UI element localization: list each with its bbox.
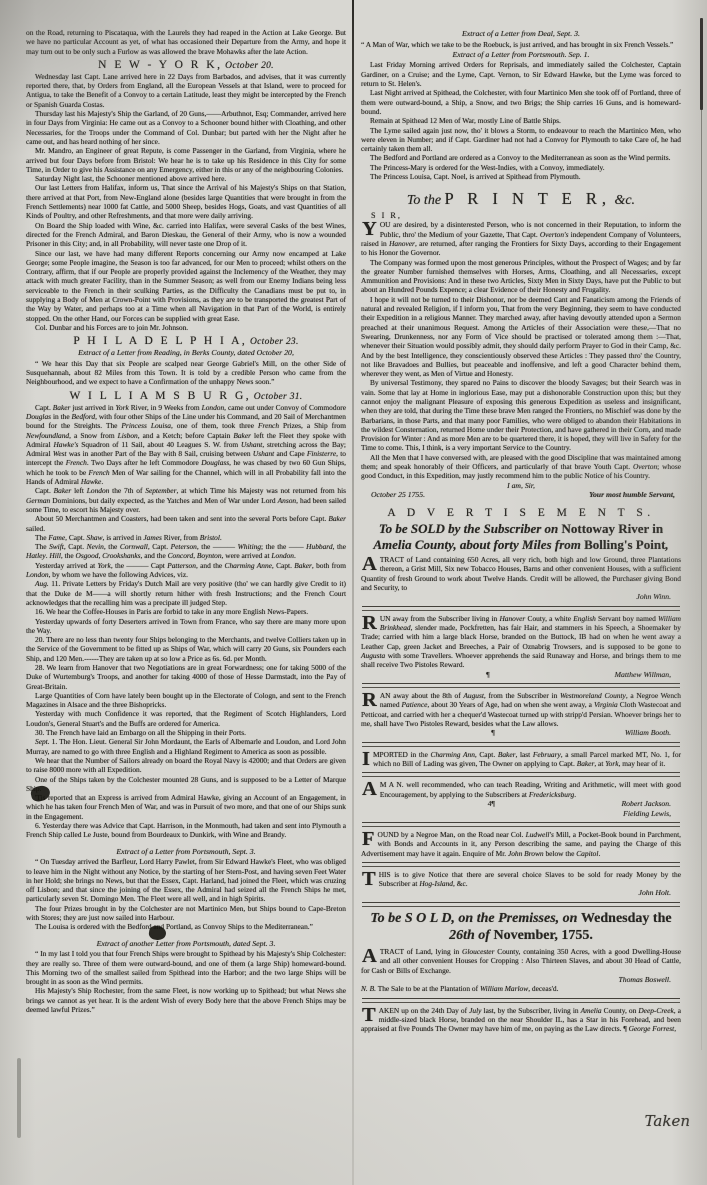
signature: Fielding Lewis, xyxy=(361,809,681,819)
signature: John Winn. xyxy=(361,592,681,602)
paragraph: 16. We hear the Coffee-Houses in Paris a… xyxy=(26,607,346,616)
ad-title-heading: To be SOLD by the Subscriber on Nottoway… xyxy=(361,521,681,553)
drop-cap-letter: Y xyxy=(362,221,377,238)
advert-divider-rule xyxy=(362,862,680,867)
paragraph: “ We hear this Day that six People are s… xyxy=(26,359,346,387)
drop-cap-letter: A xyxy=(362,948,377,965)
advert-divider-rule xyxy=(362,683,680,688)
paragraph: Thursday last his Majesty's Ship the Gar… xyxy=(26,109,346,146)
paragraph: Yesterday upwards of forty Deserters arr… xyxy=(26,617,346,636)
paragraph: I hope it will not be turned to their Di… xyxy=(361,295,681,379)
city-name: W I L L I A M S B U R G, xyxy=(70,390,252,402)
paragraph: Since our last, we have had many differe… xyxy=(26,249,346,323)
paragraph: About 50 Merchantmen and Coasters, had b… xyxy=(26,514,346,533)
signature: Thomas Boswell. xyxy=(361,975,681,985)
signature-row: ¶William Booth. xyxy=(361,728,681,738)
heading-prefix: To the xyxy=(407,193,445,208)
edge-smudge xyxy=(17,1058,21,1138)
paragraph: Capt. Baker left London the 7th of Septe… xyxy=(26,486,346,514)
drop-cap-letter: R xyxy=(362,615,377,632)
extract-letter-heading: Extract of a Letter from Deal, Sept. 3. xyxy=(361,29,681,39)
city-dateline-heading: P H I L A D E L P H I A, October 23. xyxy=(26,335,346,347)
signature: John Holt. xyxy=(361,888,681,898)
servant-line: Your most humble Servant, xyxy=(589,490,675,500)
drop-cap-letter: I xyxy=(362,751,370,768)
paragraph: All the Men that I have conversed with, … xyxy=(361,453,681,481)
dateline-date: October 31. xyxy=(251,392,302,402)
advert-divider-rule xyxy=(362,902,680,907)
page-edge-ink-mark xyxy=(700,18,703,110)
newspaper-page: on the Road, returning to Piscataqua, wi… xyxy=(0,0,707,1185)
page-edge-line xyxy=(701,110,703,1050)
valediction-line: I am, Sir, xyxy=(361,481,681,491)
paragraph: His Majesty's Ship Rochester, from the s… xyxy=(26,986,346,1014)
signature: Matthew Willman, xyxy=(615,670,681,680)
paragraph: The Company was formed upon the most gen… xyxy=(361,258,681,295)
paragraph: Last Friday Morning arrived Orders for R… xyxy=(361,60,681,88)
column-right: Extract of a Letter from Deal, Sept. 3.“… xyxy=(361,28,681,1034)
paragraph: On Board the Ship loaded with Wine, &c. … xyxy=(26,221,346,249)
city-dateline-heading: N E W - Y O R K, October 20. xyxy=(26,59,346,71)
city-name: N E W - Y O R K, xyxy=(98,59,222,71)
paragraph: Capt. Baker just arrived in York River, … xyxy=(26,403,346,487)
extract-letter-heading: Extract of a Letter from Portsmouth. Sep… xyxy=(361,50,681,60)
ad-title-heading: To be S O L D, on the Premisses, on Wedn… xyxy=(361,910,681,945)
advert-divider-rule xyxy=(362,998,680,1003)
drop-cap-paragraph: ATRACT of Land, lying in Gloucester Coun… xyxy=(361,947,681,975)
advert-divider-rule xyxy=(362,772,680,777)
drop-cap-paragraph: RAN away about the 8th of August, from t… xyxy=(361,691,681,728)
paragraph: The Princess-Mary is ordered for the Wes… xyxy=(361,163,681,172)
signature: William Booth. xyxy=(625,728,681,738)
paragraph: Wednesday last Capt. Lane arrived here i… xyxy=(26,72,346,109)
drop-cap-paragraph: YOU are desired, by a disinterested Pers… xyxy=(361,220,681,257)
paragraph: Yesterday arrived at York, the ——— Capt … xyxy=(26,561,346,580)
drop-cap-paragraph: FOUND by a Negroe Man, on the Road near … xyxy=(361,830,681,858)
letter-date: October 25 1755. xyxy=(371,490,425,500)
paragraph: Yesterday with much Confidence it was re… xyxy=(26,709,346,728)
paragraph: The Princess Louisa, Capt. Noel, is arri… xyxy=(361,172,681,181)
drop-cap-paragraph: AM A N. well recommended, who can teach … xyxy=(361,780,681,799)
drop-cap-letter: F xyxy=(362,831,375,848)
dateline-date: October 23. xyxy=(247,337,298,347)
paragraph: The Bedford and Portland are ordered as … xyxy=(361,153,681,162)
paragraph: 'Tis reported that an Express is arrived… xyxy=(26,793,346,821)
signature-row: 4¶Robert Jackson. xyxy=(361,799,681,809)
paragraph: on the Road, returning to Piscataqua, wi… xyxy=(26,28,346,56)
extract-letter-heading: Extract of a Letter from Reading, in Ber… xyxy=(26,348,346,358)
drop-cap-paragraph: TAKEN up on the 24th Day of July last, b… xyxy=(361,1006,681,1034)
advert-divider-rule xyxy=(362,822,680,827)
paragraph: Saturday Night last, the Schooner mentio… xyxy=(26,174,346,183)
pilcrow-mark: ¶ xyxy=(361,728,625,738)
drop-cap-paragraph: RUN away from the Subscriber living in H… xyxy=(361,614,681,670)
paragraph: Mr. Mandro, an Engineer of great Repute,… xyxy=(26,146,346,174)
heading-caps: P R I N T E R, xyxy=(445,189,611,208)
paragraph: N. B. The Sale to be at the Plantation o… xyxy=(361,984,681,993)
paragraph: 20. There are no less than twenty four S… xyxy=(26,635,346,663)
paragraph: The Swift, Capt. Nevin, the Cornwall, Ca… xyxy=(26,542,346,561)
advertisements-heading: A D V E R T I S E M E N T S. xyxy=(361,507,681,519)
drop-cap-letter: T xyxy=(362,1007,376,1024)
extract-letter-heading: Extract of a Letter from Portsmouth, Sep… xyxy=(26,847,346,857)
heading-suffix: &c. xyxy=(611,193,635,208)
paragraph: Sept. 1. The Hon. Lieut. General Sir Joh… xyxy=(26,737,346,756)
catchword: Taken xyxy=(560,1112,690,1130)
paragraph: The four Prizes brought in by the Colche… xyxy=(26,904,346,923)
paragraph: Col. Dunbar and his Forces are to join M… xyxy=(26,323,346,332)
signature-row: ¶Matthew Willman, xyxy=(361,670,681,680)
paragraph: By universal Testimony, they spared no P… xyxy=(361,378,681,452)
paragraph: Remain at Spithead 12 Men of War, mostly… xyxy=(361,116,681,125)
paragraph: Large Quantities of Corn have lately bee… xyxy=(26,691,346,710)
paragraph: 30. The French have laid an Embargo on a… xyxy=(26,728,346,737)
drop-cap-letter: A xyxy=(362,556,377,573)
drop-cap-paragraph: THIS is to give Notice that there are se… xyxy=(361,870,681,889)
paragraph: One of the Ships taken by the Colchester… xyxy=(26,775,346,794)
to-the-printer-heading: To the P R I N T E R, &c. xyxy=(361,189,681,209)
drop-cap-paragraph: IMPORTED in the Charming Ann, Capt. Bake… xyxy=(361,750,681,769)
drop-cap-letter: R xyxy=(362,692,377,709)
paragraph: “ On Tuesday arrived the Barfleur, Lord … xyxy=(26,857,346,903)
pilcrow-mark: 4¶ xyxy=(361,799,621,809)
column-left: on the Road, returning to Piscataqua, wi… xyxy=(26,28,346,1034)
paragraph: Last Night arrived at Spithead, the Colc… xyxy=(361,88,681,116)
paragraph: 28. We learn from Hanover that two Negot… xyxy=(26,663,346,691)
pilcrow-mark: ¶ xyxy=(361,670,615,680)
paragraph: 6. Yesterday there was Advice that Capt.… xyxy=(26,821,346,840)
drop-cap-letter: A xyxy=(362,781,377,798)
dateline-date: October 20. xyxy=(222,61,273,71)
column-container: on the Road, returning to Piscataqua, wi… xyxy=(26,28,682,1034)
advert-divider-rule xyxy=(362,606,680,611)
paragraph: The Louisa is ordered with the Bedford a… xyxy=(26,922,346,931)
advert-divider-rule xyxy=(362,742,680,747)
paragraph: Aug. 11. Private Letters by Friday's Dut… xyxy=(26,579,346,607)
paragraph: The Fame, Capt. Shaw, is arrived in Jame… xyxy=(26,533,346,542)
city-dateline-heading: W I L L I A M S B U R G, October 31. xyxy=(26,390,346,402)
paragraph: The Lyme sailed again just now, tho' it … xyxy=(361,126,681,154)
valediction-row: October 25 1755.Your most humble Servant… xyxy=(361,490,681,500)
drop-cap-paragraph: ATRACT of Land containing 650 Acres, all… xyxy=(361,555,681,592)
city-name: P H I L A D E L P H I A, xyxy=(73,335,247,347)
signature: Robert Jackson. xyxy=(621,799,681,809)
paragraph: “ In my last I told you that four French… xyxy=(26,949,346,986)
paragraph: Our last Letters from Halifax, inform us… xyxy=(26,183,346,220)
salutation: S I R, xyxy=(371,211,681,220)
paragraph: “ A Man of War, which we take to be the … xyxy=(361,40,681,49)
drop-cap-letter: T xyxy=(362,871,376,888)
paragraph: We hear that the Number of Sailors alrea… xyxy=(26,756,346,775)
extract-letter-heading: Extract of another Letter from Portsmout… xyxy=(26,939,346,949)
